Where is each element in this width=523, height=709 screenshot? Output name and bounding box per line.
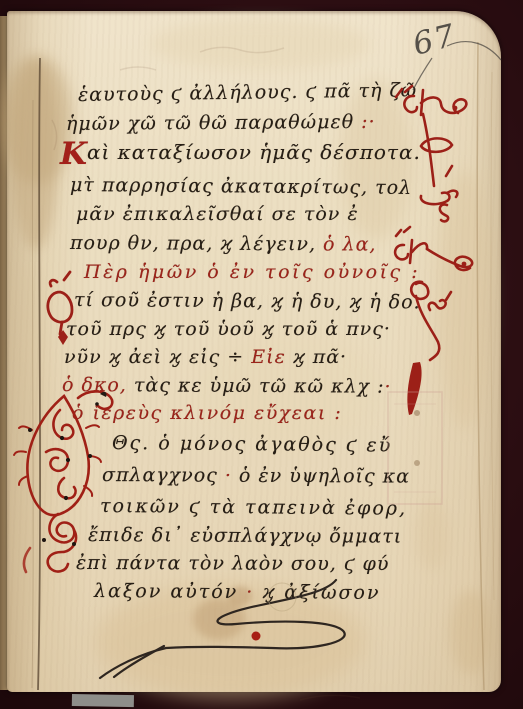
text-segment: σπλαγχνος: [102, 464, 218, 487]
text-segment: πουρ θν, πρα, ϗ λέγειν,: [70, 232, 323, 255]
manuscript-line: Καὶ καταξίωσον ἡμᾶς δέσποτα.: [60, 141, 421, 163]
manuscript-line: μᾶν ἐπικαλεῖσθαί σε τὸν ἐ: [76, 203, 359, 225]
manuscript-line: ἑαυτοὺς ϛ ἀλλήλους. ϛ πᾶ τὴ ζῶ: [78, 79, 418, 106]
manuscript-line: νῦν ϗ ἀεὶ ϗ εἰς ÷ Εἰε ϗ πᾶ·: [64, 346, 347, 368]
manuscript-line: ὁ ἱερεὺς κλινόμ εὔχεαι :: [72, 402, 342, 424]
text-segment: Θς. ὁ μόνος ἀγαθὸς ϛ εὔ: [112, 432, 392, 456]
text-segment: τί σοῦ ἐστιν ἡ βα, ϗ ἡ δυ, ϗ ἡ δο.: [74, 289, 421, 313]
text-block: ἑαυτοὺς ϛ ἀλλήλους. ϛ πᾶ τὴ ζῶἡμῶν χῶ τῶ…: [0, 0, 523, 709]
text-segment: ἔπιδε δι᾽ εὐσπλάγχνῳ ὄμματι: [88, 524, 402, 548]
text-segment: ὁ δκο,: [62, 374, 127, 396]
text-segment: τοῦ πρς ϗ τοῦ ὑοῦ ϗ τοῦ ἁ πνς·: [66, 318, 391, 340]
text-segment: ϗ ἀξίωσον: [254, 581, 380, 604]
text-segment: νῦν ϗ ἀεὶ ϗ εἰς ÷: [64, 346, 251, 368]
text-segment: λαξον αὐτόν: [94, 580, 246, 603]
text-segment: ὁ λα,: [323, 233, 377, 255]
text-segment: ·: [384, 376, 391, 398]
manuscript-line: σπλαγχνος · ὁ ἐν ὑψηλοῖς κα: [102, 464, 410, 488]
text-segment: αὶ καταξίωσον ἡμᾶς δέσποτα.: [87, 140, 421, 164]
text-segment: ἐπὶ πάντα τὸν λαὸν σου, ϛ φύ: [76, 552, 390, 575]
manuscript-line: ἡμῶν χῶ τῶ θῶ παραθώμεθ :·: [66, 111, 376, 135]
text-segment: :·: [354, 111, 376, 133]
photograph-background: 67 ἑαυτοὺς ϛ ἀλλήλους. ϛ πᾶ τὴ ζῶἡμῶν χῶ…: [0, 0, 523, 709]
text-segment: Εἰε: [251, 346, 286, 368]
text-segment: ἑαυτοὺς ϛ ἀλλήλους. ϛ πᾶ τὴ ζῶ: [78, 79, 418, 106]
text-segment: ἡμῶν χῶ τῶ θῶ παραθώμεθ: [66, 111, 354, 135]
manuscript-line: ἐπὶ πάντα τὸν λαὸν σου, ϛ φύ: [76, 552, 390, 575]
manuscript-line: πουρ θν, πρα, ϗ λέγειν, ὁ λα,: [70, 232, 377, 256]
manuscript-line: Πὲρ ἡμῶν ὁ ἐν τοῖς οὐνοῖς :: [84, 261, 420, 283]
text-segment: ·: [218, 465, 239, 487]
manuscript-line: τοικῶν ϛ τὰ ταπεινὰ ἐφορ,: [100, 495, 407, 520]
text-segment: ὁ ἐν ὑψηλοῖς κα: [239, 465, 410, 488]
manuscript-line: ἔπιδε δι᾽ εὐσπλάγχνῳ ὄμματι: [88, 524, 402, 548]
text-segment: ϗ πᾶ·: [286, 346, 347, 368]
manuscript-line: Θς. ὁ μόνος ἀγαθὸς ϛ εὔ: [112, 432, 392, 456]
text-segment: ὁ ἱερεὺς κλινόμ εὔχεαι :: [72, 402, 342, 424]
manuscript-line: ὁ δκο, τὰς κε ὑμῶ τῶ κῶ κλχ :·: [62, 374, 392, 398]
manuscript-line: τοῦ πρς ϗ τοῦ ὑοῦ ϗ τοῦ ἁ πνς·: [66, 318, 391, 340]
text-segment: μᾶν ἐπικαλεῖσθαί σε τὸν ἐ: [76, 203, 359, 225]
manuscript-line: τί σοῦ ἐστιν ἡ βα, ϗ ἡ δυ, ϗ ἡ δο.: [74, 289, 421, 313]
text-segment: Πὲρ ἡμῶν ὁ ἐν τοῖς οὐνοῖς :: [84, 261, 420, 283]
text-segment: μτ̀ παρρησίας ἀκατακρίτως, τολ: [70, 174, 412, 199]
manuscript-line: λαξον αὐτόν · ϗ ἀξίωσον: [94, 580, 381, 604]
text-segment: τοικῶν ϛ τὰ ταπεινὰ ἐφορ,: [100, 495, 407, 520]
rubric-initial: Κ: [60, 136, 87, 172]
manuscript-line: μτ̀ παρρησίας ἀκατακρίτως, τολ: [70, 174, 412, 199]
text-segment: τὰς κε ὑμῶ τῶ κῶ κλχ :: [127, 374, 385, 397]
